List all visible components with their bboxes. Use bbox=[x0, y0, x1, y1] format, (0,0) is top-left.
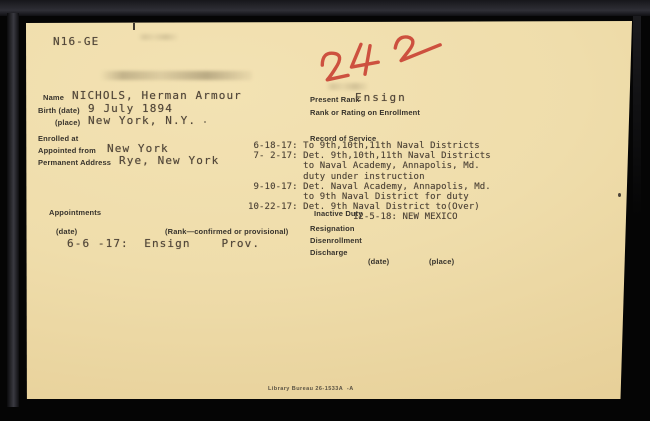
faint-mark-smudge bbox=[138, 34, 178, 40]
birth-place-label: (place) bbox=[55, 119, 80, 127]
birth-date-value: 9 July 1894 bbox=[88, 103, 173, 114]
appointments-label: Appointments bbox=[49, 209, 101, 217]
permanent-address-value: Rye, New York bbox=[119, 155, 219, 166]
appointments-date-col-label: (date) bbox=[56, 228, 77, 236]
service-entry: to Naval Academy, Annapolis, Md. bbox=[248, 161, 491, 171]
service-entry: 10-22-17: Det. 9th Naval District to(Ove… bbox=[248, 202, 491, 212]
service-entry: duty under instruction bbox=[248, 172, 491, 182]
scanner-bezel-left bbox=[7, 13, 19, 407]
scanner-bezel-right bbox=[633, 16, 641, 216]
service-entry: to 9th Naval District for duty bbox=[248, 192, 491, 202]
birth-place-value: New York, N.Y. bbox=[88, 115, 196, 126]
stray-ink-tick bbox=[133, 23, 135, 30]
resignation-label: Resignation bbox=[310, 225, 355, 233]
service-entry: 7- 2-17: Det. 9th,10th,11th Naval Distri… bbox=[248, 151, 491, 161]
appointed-from-value: New York bbox=[107, 143, 169, 154]
appointed-from-label: Appointed from bbox=[38, 147, 96, 155]
record-of-service-entries: 6-18-17: To 9th,10th,11th Naval District… bbox=[248, 141, 491, 223]
service-record-card: N16-GE Name NICHOLS, Herman Armour Birth… bbox=[26, 21, 632, 399]
name-label: Name bbox=[43, 94, 64, 102]
name-value: NICHOLS, Herman Armour bbox=[72, 90, 242, 101]
form-imprint: Library Bureau 26-1533A -A bbox=[268, 387, 354, 393]
inactive-duty-label: Inactive Duty bbox=[314, 210, 363, 218]
permanent-address-label: Permanent Address bbox=[38, 159, 111, 167]
service-entry: 6-18-17: To 9th,10th,11th Naval District… bbox=[248, 141, 491, 151]
present-rank-value: Ensign bbox=[355, 92, 407, 103]
appointments-rank-col-label: (Rank—confirmed or provisional) bbox=[165, 228, 288, 236]
discharge-place-label: (place) bbox=[429, 258, 454, 266]
faint-stamp-smudge bbox=[326, 83, 368, 90]
paper-speck bbox=[618, 193, 621, 197]
scanner-bezel-top bbox=[0, 0, 650, 16]
paper-speck bbox=[204, 121, 206, 123]
appointment-entry: 6-6 -17: Ensign Prov. bbox=[67, 238, 260, 249]
birth-date-label: Birth (date) bbox=[38, 107, 80, 115]
file-code: N16-GE bbox=[53, 36, 99, 47]
discharge-date-label: (date) bbox=[368, 258, 389, 266]
present-rank-label: Present Rank bbox=[310, 96, 360, 104]
disenrollment-label: Disenrollment bbox=[310, 237, 362, 245]
discharge-label: Discharge bbox=[310, 249, 348, 257]
rank-on-enrollment-label: Rank or Rating on Enrollment bbox=[310, 109, 420, 117]
enrolled-at-label: Enrolled at bbox=[38, 135, 78, 143]
erased-text-smudge bbox=[100, 71, 252, 80]
service-entry: 12-5-18: NEW MEXICO bbox=[248, 212, 491, 222]
service-entry: 9-10-17: Det. Naval Academy, Annapolis, … bbox=[248, 182, 491, 192]
